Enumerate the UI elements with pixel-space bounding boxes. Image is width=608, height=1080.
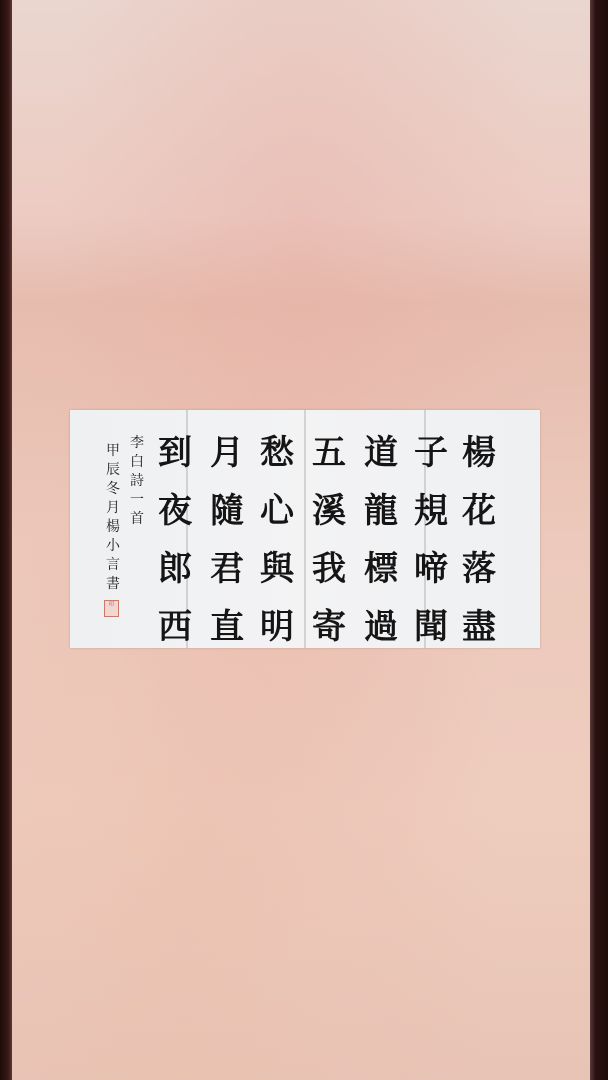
char: 李 [130,434,144,453]
char: 詩 [130,472,144,491]
char: 心 [260,482,294,540]
char: 直 [210,598,244,656]
poem-column-3: 道 龍 標 過 [358,424,404,656]
char: 辰 [106,461,120,480]
char: 愁 [260,424,294,482]
char: 過 [364,598,398,656]
inscription-title: 李 白 詩 一 首 [130,434,144,529]
char: 月 [210,424,244,482]
char: 首 [130,510,144,529]
poem-column-6: 月 隨 君 直 [204,424,250,656]
char: 與 [260,540,294,598]
char: 聞 [414,598,448,656]
char: 規 [414,482,448,540]
char: 我 [312,540,346,598]
char: 書 [106,575,120,594]
inscription-signature: 甲 辰 冬 月 楊 小 言 書 [106,442,120,594]
char: 西 [158,598,192,656]
char: 明 [260,598,294,656]
char: 甲 [106,442,120,461]
char: 寄 [312,598,346,656]
char: 到 [158,424,192,482]
char: 一 [130,491,144,510]
poem-column-5: 愁 心 與 明 [254,424,300,656]
poem-column-1: 楊 花 落 盡 [456,424,502,656]
char: 言 [106,556,120,575]
char: 楊 [106,518,120,537]
char: 白 [130,453,144,472]
char: 標 [364,540,398,598]
char: 冬 [106,480,120,499]
poem-column-2: 子 規 啼 聞 [408,424,454,656]
char: 子 [414,424,448,482]
calligraphy-paper: 楊 花 落 盡 子 規 啼 聞 道 龍 標 過 五 溪 我 寄 愁 心 與 明 [70,410,540,648]
scroll-mount: 楊 花 落 盡 子 規 啼 聞 道 龍 標 過 五 溪 我 寄 愁 心 與 明 [12,0,590,1080]
poem-column-7: 到 夜 郎 西 [152,424,198,656]
char: 月 [106,499,120,518]
char: 君 [210,540,244,598]
char: 花 [462,482,496,540]
char: 五 [312,424,346,482]
char: 盡 [462,598,496,656]
poem-column-4: 五 溪 我 寄 [306,424,352,656]
red-seal-stamp: 印 [104,600,119,617]
char: 隨 [210,482,244,540]
char: 楊 [462,424,496,482]
char: 溪 [312,482,346,540]
scroll-frame-left [0,0,12,1080]
char: 落 [462,540,496,598]
scroll-frame-right [590,0,608,1080]
char: 啼 [414,540,448,598]
char: 小 [106,537,120,556]
char: 道 [364,424,398,482]
char: 龍 [364,482,398,540]
char: 夜 [158,482,192,540]
char: 郎 [158,540,192,598]
